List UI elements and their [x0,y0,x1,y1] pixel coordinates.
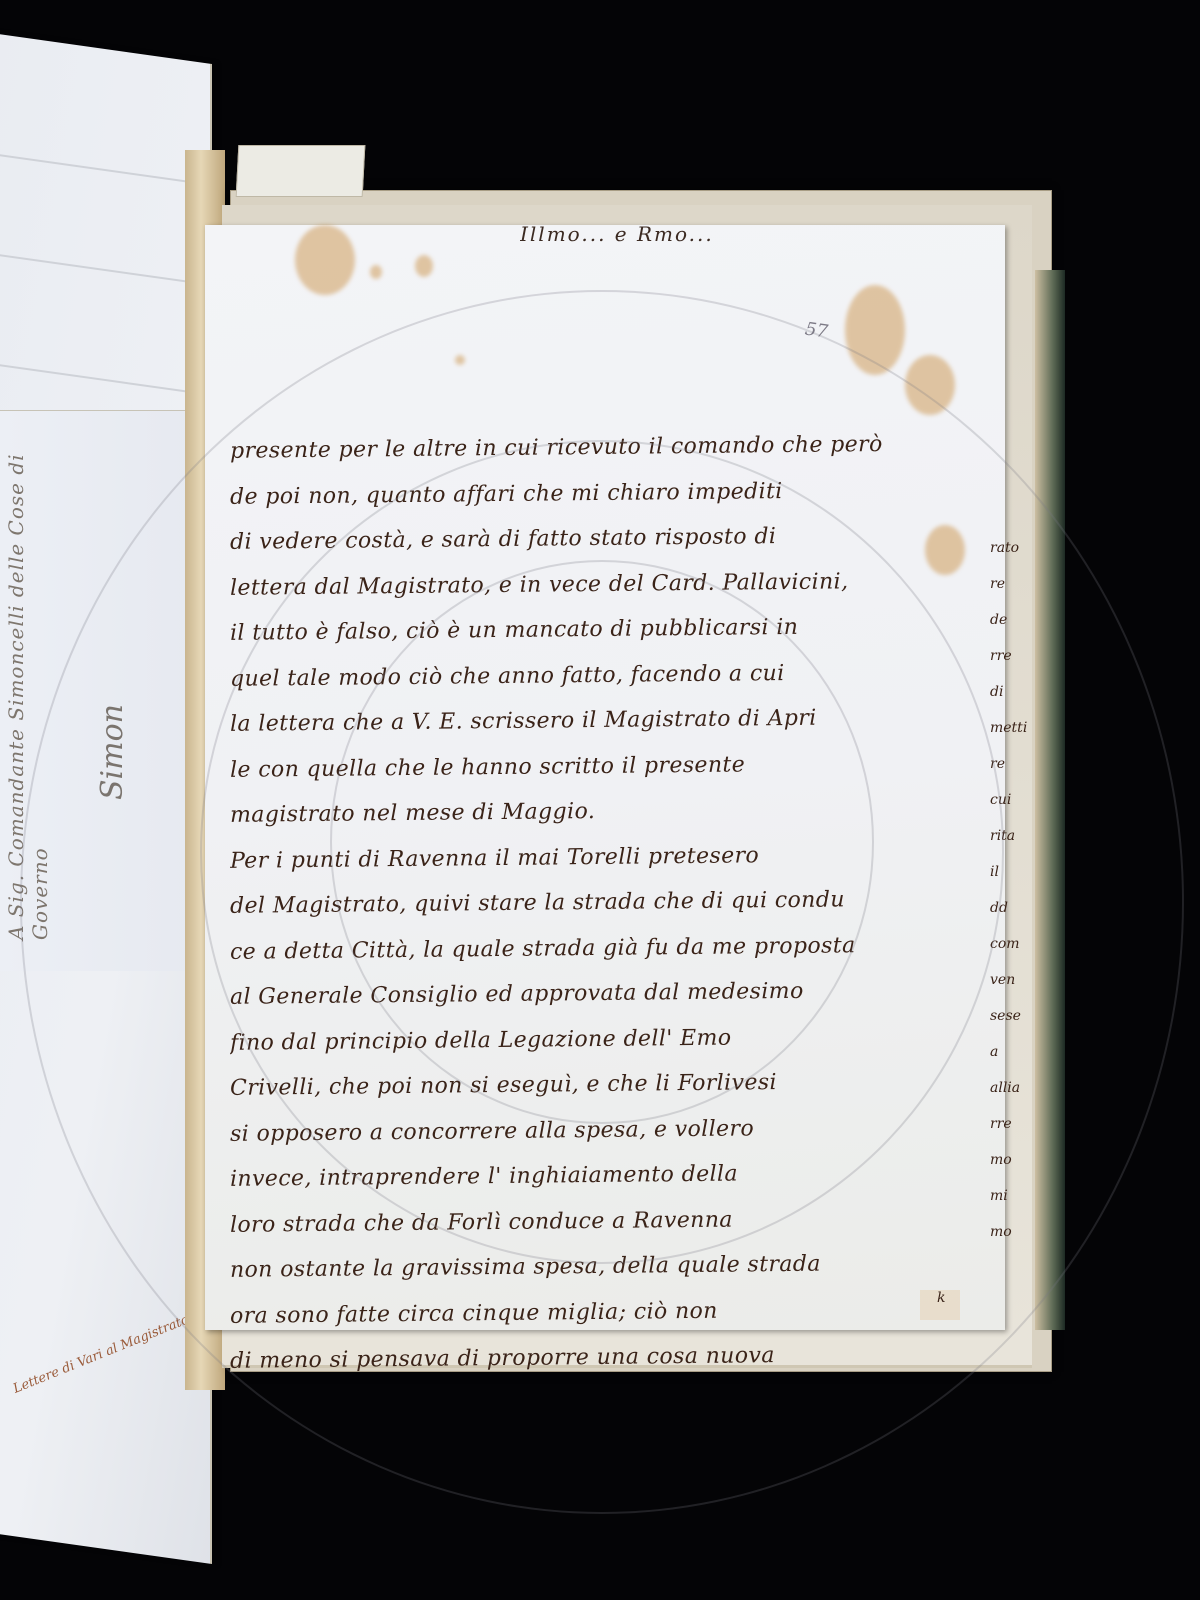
text-line: lettera dal Magistrato, e in vece del Ca… [230,558,960,611]
margin-note: rre [990,638,1045,674]
foxing-stain [415,255,433,277]
margin-note: re [990,566,1045,602]
margin-note: cui [990,782,1045,818]
text-line: Crivelli, che poi non si eseguì, e che l… [230,1058,960,1111]
margin-note: di [990,674,1045,710]
folio-number: 57 [804,319,830,343]
text-line: Per i punti di Ravenna il mai Torelli pr… [230,831,960,884]
text-line: di meno si pensava di proporre una cosa … [230,1331,960,1384]
margin-note: metti [990,710,1045,746]
text-line: del Magistrato, quivi stare la strada ch… [230,876,960,929]
text-line: presente per le altre in cui ricevuto il… [230,421,960,474]
foxing-stain [905,355,955,415]
manuscript-text: presente per le altre in cui ricevuto il… [230,425,960,1381]
text-line: de poi non, quanto affari che mi chiaro … [230,467,960,520]
foxing-stain [455,355,465,365]
margin-note: com [990,926,1045,962]
margin-note: rre [990,1106,1045,1142]
margin-note: rato [990,530,1045,566]
margin-note: mi [990,1178,1045,1214]
text-line: invece, intraprendere l' inghiaiamento d… [230,1149,960,1202]
margin-note: a [990,1034,1045,1070]
margin-note: mo [990,1214,1045,1250]
margin-note: sese [990,998,1045,1034]
corner-mark: k [937,1290,945,1306]
margin-note: il [990,854,1045,890]
margin-note: rita [990,818,1045,854]
text-line: quel tale modo ciò che anno fatto, facen… [230,649,960,702]
margin-note: dd [990,890,1045,926]
foxing-stain [845,285,905,375]
margin-note: ven [990,962,1045,998]
text-line: la lettera che a V. E. scrissero il Magi… [230,694,960,747]
header-fragment: Illmo... e Rmo... [520,222,780,246]
margin-note: re [990,746,1045,782]
margin-notes: rato re de rre di metti re cui rita il d… [990,530,1045,1250]
text-line: di vedere costà, e sarà di fatto stato r… [230,512,960,565]
page-edge [0,254,210,286]
foxing-stain [370,265,382,279]
left-signature: Simon [95,540,165,800]
foxing-stain [295,225,355,295]
text-line: si opposero a concorrere alla spesa, e v… [230,1104,960,1157]
page-edge [0,154,210,186]
manuscript-photo: A Sig. Comandante Simoncelli delle Cose … [0,0,1200,1600]
text-line: magistrato nel mese di Maggio. [230,785,960,838]
text-line: al Generale Consiglio ed approvata dal m… [230,967,960,1020]
text-line: loro strada che da Forlì conduce a Raven… [230,1195,960,1248]
text-line: le con quella che le hanno scritto il pr… [230,740,960,793]
text-line: fino dal principio della Legazione dell'… [230,1013,960,1066]
margin-note: de [990,602,1045,638]
text-line: non ostante la gravissima spesa, della q… [230,1240,960,1293]
page-edge [0,364,210,396]
paper-tab [236,145,366,197]
text-line: ce a detta Città, la quale strada già fu… [230,922,960,975]
margin-note: mo [990,1142,1045,1178]
margin-note: allia [990,1070,1045,1106]
text-line: il tutto è falso, ciò è un mancato di pu… [230,603,960,656]
text-line: ora sono fatte circa cinque miglia; ciò … [230,1286,960,1339]
